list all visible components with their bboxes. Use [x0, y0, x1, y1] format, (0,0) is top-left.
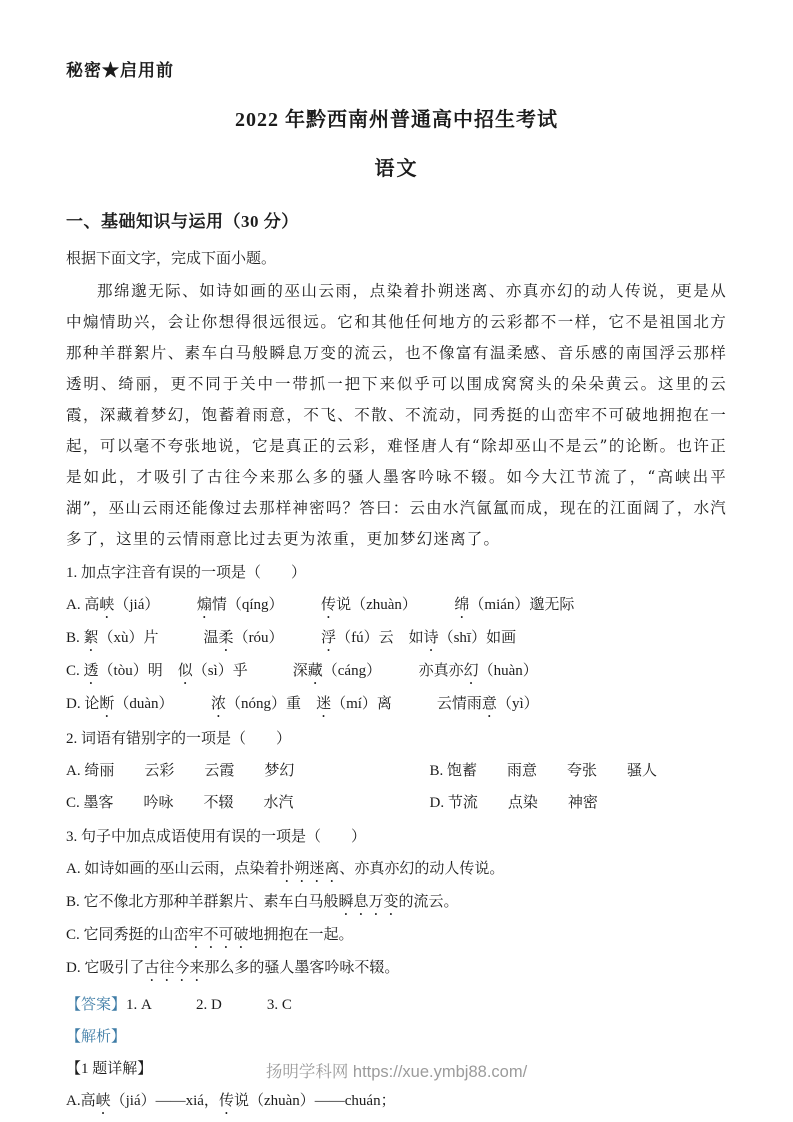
analysis-detail-line: A.高峡（jiá）——xiá，传说（zhuàn）——chuán；	[66, 1085, 727, 1118]
question-1-option-d: D. 论断（duàn） 浓（nóng）重 迷（mí）离 云情雨意（yì）	[66, 688, 727, 721]
emphasized-text: 浓	[211, 696, 226, 712]
question-1-stem: 1. 加点字注音有误的一项是（ ）	[66, 557, 727, 589]
watermark-footer: 扬明学科网 https://xue.ymbj88.com/	[0, 1058, 793, 1082]
emphasized-text: 柔	[219, 630, 234, 646]
analysis-label: 【解析】	[66, 1029, 126, 1045]
answer-label: 【答案】	[66, 997, 126, 1013]
text-segment: 说（zhuàn）	[336, 597, 454, 613]
question-1-option-c: C. 透（tòu）明 似（sì）乎 深藏（cáng） 亦真亦幻（huàn）	[66, 655, 727, 688]
emphasized-text: 煽	[197, 597, 212, 613]
text-segment: （cáng） 亦真亦	[323, 663, 464, 679]
answer-line: 【答案】1. A 2. D 3. C	[66, 989, 727, 1021]
emphasized-text: 似	[178, 663, 193, 679]
emphasized-text: 传	[219, 1093, 234, 1109]
text-segment: （róu）	[234, 630, 322, 646]
text-segment: 情（qíng）	[212, 597, 321, 613]
text-segment: 、亦真亦幻的动人传说。	[339, 861, 504, 877]
exam-title: 2022 年黔西南州普通高中招生考试	[66, 103, 727, 132]
text-segment: C. 它同秀挺的山峦	[66, 927, 189, 943]
exam-subject: 语文	[66, 152, 727, 181]
intro-text: 根据下面文字，完成下面小题。	[66, 247, 727, 268]
question-2-row-1: A. 绮丽 云彩 云霞 梦幻 B. 饱蓄 雨意 夸张 骚人	[66, 755, 727, 787]
emphasized-text: 古往今来	[144, 960, 204, 976]
emphasized-text: 透	[84, 663, 99, 679]
text-segment: B. 它不像北方那种羊群絮片、素车白马般	[66, 894, 339, 910]
text-segment: （fú）云 如	[336, 630, 424, 646]
emphasized-text: 传	[321, 597, 336, 613]
text-segment: （duàn）	[114, 696, 211, 712]
text-segment: B.	[66, 630, 84, 646]
question-2: 2. 词语有错别字的一项是（ ） A. 绮丽 云彩 云霞 梦幻 B. 饱蓄 雨意…	[66, 723, 727, 819]
text-segment: A. 高	[66, 597, 99, 613]
emphasized-text: 浮	[321, 630, 336, 646]
emphasized-text: 扑朔迷离	[279, 861, 339, 877]
text-segment: （huàn）	[479, 663, 538, 679]
section-heading: 一、基础知识与运用（30 分）	[66, 207, 727, 232]
text-segment: C.	[66, 663, 84, 679]
question-3-option-c: C. 它同秀挺的山峦牢不可破地拥抱在一起。	[66, 919, 727, 952]
emphasized-text: 断	[99, 696, 114, 712]
text-segment: 说（zhuàn）——chuán；	[234, 1093, 396, 1109]
exam-document-page: 秘密★启用前 2022 年黔西南州普通高中招生考试 语文 一、基础知识与运用（3…	[0, 0, 793, 1122]
question-3-option-d: D. 它吸引了古往今来那么多的骚人墨客吟咏不辍。	[66, 952, 727, 985]
emphasized-text: 迷	[316, 696, 331, 712]
text-segment: （sì）乎 深	[193, 663, 308, 679]
text-segment: （tòu）明	[99, 663, 178, 679]
text-segment: D. 它吸引了	[66, 960, 144, 976]
emphasized-text: 意	[482, 696, 497, 712]
question-2-option-c: C. 墨客 吟咏 不辍 水汽	[66, 787, 430, 819]
question-2-option-b: B. 饱蓄 雨意 夸张 骚人	[430, 755, 727, 787]
emphasized-text: 牢不可破	[189, 927, 249, 943]
answer-values: 1. A 2. D 3. C	[126, 997, 292, 1013]
emphasized-text: 瞬息万变	[339, 894, 399, 910]
emphasized-text: 诗	[424, 630, 439, 646]
emphasized-text: 藏	[308, 663, 323, 679]
text-segment: 地拥抱在一起。	[249, 927, 354, 943]
text-segment: A. 如诗如画的巫山云雨，点染着	[66, 861, 279, 877]
question-1: 1. 加点字注音有误的一项是（ ） A. 高峡（jiá） 煽情（qíng） 传说…	[66, 557, 727, 721]
question-3-stem: 3. 句子中加点成语使用有误的一项是（ ）	[66, 821, 727, 853]
text-segment: D. 论	[66, 696, 99, 712]
emphasized-text: 幻	[464, 663, 479, 679]
emphasized-text: 绵	[454, 597, 469, 613]
text-segment: （nóng）重	[226, 696, 316, 712]
text-segment: （yì）	[497, 696, 539, 712]
question-2-stem: 2. 词语有错别字的一项是（ ）	[66, 723, 727, 755]
question-2-option-d: D. 节流 点染 神密	[430, 787, 727, 819]
emphasized-text: 峡	[99, 597, 114, 613]
analysis-label-line: 【解析】	[66, 1021, 727, 1053]
reading-passage: 那绵邈无际、如诗如画的巫山云雨，点染着扑朔迷离、亦真亦幻的动人传说，更是从中煽情…	[66, 276, 727, 555]
text-segment: （mián）邈无际	[469, 597, 574, 613]
text-segment: 的流云。	[399, 894, 459, 910]
text-segment: （shī）如画	[439, 630, 517, 646]
security-classification-note: 秘密★启用前	[66, 56, 727, 81]
text-segment: （xù）片 温	[99, 630, 219, 646]
question-3-option-b: B. 它不像北方那种羊群絮片、素车白马般瞬息万变的流云。	[66, 886, 727, 919]
text-segment: （mí）离 云情雨	[331, 696, 482, 712]
text-segment: （jiá）	[114, 597, 197, 613]
question-2-row-2: C. 墨客 吟咏 不辍 水汽 D. 节流 点染 神密	[66, 787, 727, 819]
question-3: 3. 句子中加点成语使用有误的一项是（ ） A. 如诗如画的巫山云雨，点染着扑朔…	[66, 821, 727, 985]
question-1-option-b: B. 絮（xù）片 温柔（róu） 浮（fú）云 如诗（shī）如画	[66, 622, 727, 655]
text-segment: （jiá）——xiá，	[111, 1093, 219, 1109]
question-1-option-a: A. 高峡（jiá） 煽情（qíng） 传说（zhuàn） 绵（mián）邈无际	[66, 589, 727, 622]
text-segment: A.高	[66, 1093, 96, 1109]
emphasized-text: 峡	[96, 1093, 111, 1109]
question-2-option-a: A. 绮丽 云彩 云霞 梦幻	[66, 755, 430, 787]
text-segment: 那么多的骚人墨客吟咏不辍。	[204, 960, 399, 976]
question-3-option-a: A. 如诗如画的巫山云雨，点染着扑朔迷离、亦真亦幻的动人传说。	[66, 853, 727, 886]
emphasized-text: 絮	[84, 630, 99, 646]
